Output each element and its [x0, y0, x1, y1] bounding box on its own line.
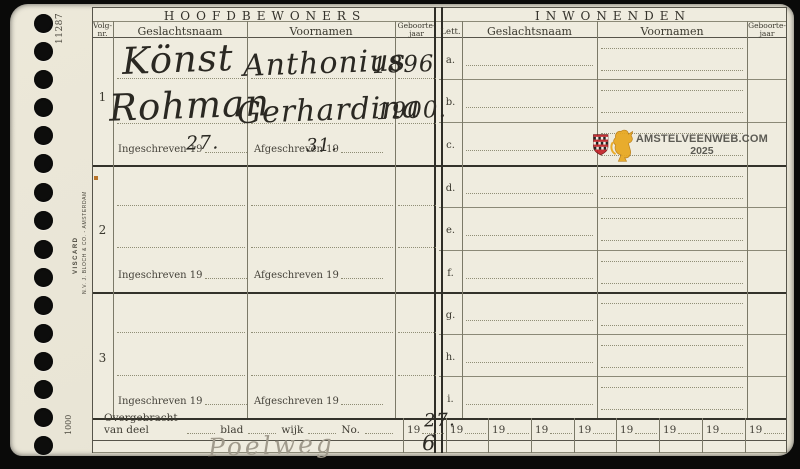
row-letter: e.	[439, 225, 462, 236]
transfer-label-deel: Overgebracht van deel	[104, 412, 182, 436]
dotted-line	[341, 152, 383, 153]
dotted-line	[601, 176, 743, 177]
label-text: Afgeschreven 19	[254, 270, 339, 281]
grid-line	[113, 21, 114, 418]
handwritten-transfer-year: 27.	[424, 409, 456, 431]
dotted-line	[466, 107, 593, 108]
inwonenden-title: INWONENDEN	[439, 9, 787, 21]
dotted-line	[764, 433, 784, 434]
dotted-line	[601, 70, 743, 71]
dotted-line	[550, 433, 572, 434]
dotted-line	[398, 247, 436, 248]
header-text: nr.	[98, 29, 108, 38]
dotted-line	[398, 375, 436, 376]
dotted-line	[117, 375, 245, 376]
row-letter: f.	[439, 268, 462, 279]
afgeschreven-label: Afgeschreven 19	[254, 270, 383, 281]
dotted-line	[251, 332, 393, 333]
dotted-line	[721, 433, 743, 434]
watermark-text: AMSTELVEENWEB.COM 2025	[636, 133, 768, 157]
year-cell: 19	[659, 418, 702, 440]
dotted-line	[601, 325, 743, 326]
dotted-line	[205, 404, 247, 405]
dotted-line	[593, 433, 614, 434]
ingeschreven-label: Ingeschreven 19	[118, 144, 247, 155]
year-cell: 19	[702, 418, 745, 440]
row-letter: a.	[439, 55, 462, 66]
handwritten-surname: Könst	[121, 36, 234, 83]
dotted-line	[678, 433, 700, 434]
dotted-line	[601, 198, 743, 199]
header-text: jaar	[760, 29, 775, 38]
watermark-site: AMSTELVEENWEB.COM	[636, 133, 768, 145]
grid-line	[786, 7, 787, 453]
year-prefix: 19	[620, 424, 633, 436]
grid-line	[747, 21, 748, 418]
dotted-line	[601, 367, 743, 368]
grid-line	[439, 207, 787, 208]
year-cell: 19	[488, 418, 531, 440]
year-prefix: 19	[663, 424, 676, 436]
row-letter: c.	[439, 140, 462, 151]
label-text: Ingeschreven 19	[118, 396, 203, 407]
dotted-line	[251, 247, 393, 248]
grid-line	[462, 21, 463, 418]
watermark-year: 2025	[636, 145, 768, 157]
dotted-line	[466, 404, 593, 405]
dotted-line	[117, 205, 245, 206]
dotted-line	[466, 320, 593, 321]
grid-line	[439, 79, 787, 80]
registration-form: HOOFDBEWONERS INWONENDEN Volg- nr. Gesla…	[10, 4, 794, 456]
dotted-line	[117, 247, 245, 248]
row-letter: h.	[439, 352, 462, 363]
dotted-line	[251, 375, 393, 376]
dotted-line	[601, 409, 743, 410]
row-letter: d.	[439, 183, 462, 194]
row-number: 2	[92, 223, 113, 237]
dotted-line	[251, 205, 393, 206]
dotted-line	[466, 362, 593, 363]
header-text: jaar	[409, 29, 424, 38]
grid-line	[439, 250, 787, 251]
printed-mark	[94, 176, 98, 180]
dotted-line	[398, 332, 436, 333]
column-header-birthyear: Geboorte- jaar	[747, 22, 787, 38]
dotted-line	[601, 240, 743, 241]
column-header-birthyear: Geboorte- jaar	[395, 22, 438, 38]
year-prefix: 19	[749, 424, 762, 436]
label-text: Ingeschreven 19	[118, 270, 203, 281]
year-cell: 19	[745, 418, 786, 440]
year-prefix: 19	[578, 424, 591, 436]
dotted-line	[466, 150, 593, 151]
dotted-line	[635, 433, 657, 434]
dotted-line	[465, 433, 486, 434]
column-header-firstnames: Voornamen	[247, 25, 395, 38]
handwritten-ingeschreven-year: 27.	[186, 131, 220, 154]
ingeschreven-label: Ingeschreven 19	[118, 270, 247, 281]
dotted-line	[507, 433, 529, 434]
label-text: Afgeschreven 19	[254, 396, 339, 407]
column-header-volgnr: Volg- nr.	[92, 22, 113, 38]
year-prefix: 19	[706, 424, 719, 436]
handwritten-birthyear: 1896	[372, 51, 435, 79]
year-cell: 19	[531, 418, 574, 440]
ingeschreven-label: Ingeschreven 19	[118, 396, 247, 407]
dotted-line	[205, 278, 247, 279]
year-cell: 19	[574, 418, 616, 440]
hoofdbewoners-title: HOOFDBEWONERS	[92, 9, 438, 21]
amstelveenweb-watermark: AMSTELVEENWEB.COM 2025	[593, 123, 768, 167]
year-cell: 19	[616, 418, 659, 440]
dotted-line	[365, 433, 393, 434]
dotted-line	[601, 90, 743, 91]
grid-line	[439, 334, 787, 335]
row-letter: g.	[439, 310, 462, 321]
column-header-lett: Lett.	[439, 27, 462, 37]
transfer-label-no: No.	[341, 424, 360, 436]
grid-line	[395, 21, 396, 418]
handwritten-afgeschreven-year: 31.	[306, 134, 338, 156]
dotted-line	[601, 303, 743, 304]
dotted-line	[341, 278, 383, 279]
grid-line	[597, 21, 598, 418]
dotted-line	[601, 112, 743, 113]
handwritten-house-number: 6	[422, 431, 437, 455]
dotted-line	[601, 218, 743, 219]
dotted-line	[601, 48, 743, 49]
dotted-line	[601, 261, 743, 262]
dotted-line	[601, 387, 743, 388]
dotted-line	[601, 283, 743, 284]
grid-line	[439, 376, 787, 377]
dotted-line	[466, 65, 593, 66]
dotted-line	[466, 278, 593, 279]
dotted-line	[466, 235, 593, 236]
registration-card: 11287 VISCARD N.V. J. BLOCH & CO. - AMST…	[10, 4, 794, 456]
year-prefix: 19	[492, 424, 505, 436]
dotted-line	[466, 193, 593, 194]
amstelveen-coat-of-arms-icon	[593, 125, 633, 165]
row-number: 3	[92, 351, 113, 365]
dotted-line	[117, 332, 245, 333]
handwritten-birthyear: 1900.	[376, 97, 448, 125]
column-header-firstnames: Voornamen	[597, 25, 747, 38]
afgeschreven-label: Afgeschreven 19	[254, 396, 383, 407]
row-letter: i.	[439, 394, 462, 405]
year-prefix: 19	[535, 424, 548, 436]
column-header-surname: Geslachtsnaam	[462, 25, 597, 38]
handwritten-street-pencil: Poelweg	[208, 429, 336, 462]
dotted-line	[398, 205, 436, 206]
dotted-line	[341, 404, 383, 405]
dotted-line	[601, 345, 743, 346]
year-prefix: 19	[407, 424, 420, 436]
